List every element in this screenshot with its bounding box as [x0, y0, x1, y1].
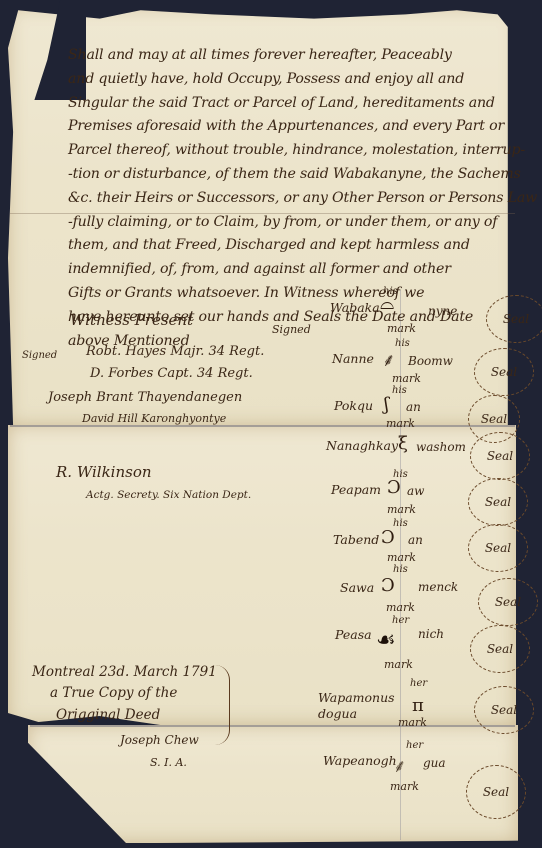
body-line: -fully claiming, or to Claim, by from, o…	[68, 211, 508, 235]
signatory-name: Sawa	[340, 580, 374, 595]
bird-totem-icon: Ɔ	[381, 575, 395, 596]
brace-mark	[215, 665, 230, 745]
seal-circle: Seal	[478, 578, 538, 626]
his-label: his	[393, 564, 408, 575]
crane-totem-icon: ʃ	[384, 394, 389, 415]
wilkinson-title: Actg. Secrety. Six Nation Dept.	[86, 489, 251, 501]
certification-line: a True Copy of the	[50, 685, 177, 701]
mark-label: mark	[386, 417, 415, 430]
seal-circle: Seal	[466, 765, 526, 819]
mark-label: mark	[384, 658, 413, 671]
body-line: Parcel thereof, without trouble, hindran…	[68, 139, 508, 163]
paper-sheet-bottom	[28, 725, 518, 843]
certification-line: Origginal Deed	[56, 707, 160, 723]
mark-label: mark	[387, 551, 416, 564]
his-label: his	[395, 338, 410, 349]
body-line: them, and that Freed, Discharged and kep…	[68, 234, 508, 258]
body-line: Premises aforesaid with the Appurtenance…	[68, 115, 508, 139]
bird-totem-icon: Ɔ	[381, 527, 395, 548]
body-line: Singular the said Tract or Parcel of Lan…	[68, 92, 508, 116]
signed-label-right: Signed	[272, 323, 311, 336]
signatory-name: Wabaka	[330, 300, 380, 315]
certifier-signature: Joseph Chew	[120, 733, 199, 747]
signatory-suffix: aw	[407, 484, 424, 498]
signatory-name: Wapeanogh	[323, 753, 397, 768]
certification-place-date: Montreal 23d. March 1791	[32, 664, 217, 680]
seal-circle: Seal	[470, 432, 530, 480]
seal-circle: Seal	[486, 295, 542, 343]
seal-circle: Seal	[470, 625, 530, 673]
mark-label: mark	[387, 503, 416, 516]
signatory-suffix: menck	[418, 580, 458, 594]
signatory-suffix: gua	[423, 756, 446, 770]
animal-totem-icon: π	[412, 695, 424, 716]
signatory-name: Nanne	[332, 351, 374, 366]
seal-circle: Seal	[474, 686, 534, 734]
signatory-suffix: an	[406, 400, 421, 414]
mark-label: mark	[392, 372, 421, 385]
signatory-suffix: nyne	[428, 304, 457, 318]
fold-line	[30, 725, 515, 727]
witness-header: Witness Present	[70, 311, 193, 329]
body-line: &c. their Heirs or Successors, or any Ot…	[68, 187, 508, 211]
his-label: his	[393, 518, 408, 529]
body-line: and quietly have, hold Occupy, Possess a…	[68, 68, 508, 92]
signatory-suffix: an	[408, 533, 423, 547]
signatory-name: Tabend	[333, 532, 379, 547]
mark-label: mark	[386, 601, 415, 614]
mark-label: mark	[398, 716, 427, 729]
bird-totem-icon: Ɔ	[387, 477, 401, 498]
black-bird-totem-icon: ☙	[376, 628, 396, 653]
symbol-totem-icon: ξ	[398, 433, 408, 454]
signatory-name: Wapamonus dogua	[318, 690, 408, 722]
signatory-name: Nanaghkay	[326, 438, 398, 453]
beast-totem-icon: ⸙	[382, 348, 396, 372]
witness-signature: D. Forbes Capt. 34 Regt.	[90, 366, 253, 381]
seal-circle: Seal	[474, 348, 534, 396]
fold-line	[10, 425, 515, 427]
witness-signature: Robt. Hayes Majr. 34 Regt.	[86, 344, 264, 359]
turtle-totem-icon: ⌓	[380, 293, 394, 314]
signatory-suffix: Boomw	[408, 354, 453, 368]
signatory-suffix: nich	[418, 627, 444, 641]
seal-circle: Seal	[468, 478, 528, 526]
his-label: his	[392, 385, 407, 396]
wilkinson-signature: R. Wilkinson	[56, 463, 152, 481]
signed-label-left: Signed	[22, 350, 57, 361]
signatory-name: Pokqu	[334, 398, 373, 413]
body-line: indemnified, of, from, and against all f…	[68, 258, 508, 282]
mark-label: mark	[387, 322, 416, 335]
body-line: -tion or disturbance, of them the said W…	[68, 163, 508, 187]
her-label: her	[406, 740, 423, 751]
body-line: Shall and may at all times forever herea…	[68, 44, 508, 68]
witness-signature: Joseph Brant Thayendanegen	[48, 390, 242, 405]
signatory-name: Peapam	[331, 482, 381, 497]
wolf-totem-icon: ⸙	[393, 754, 407, 778]
mark-label: mark	[390, 780, 419, 793]
witness-signature: David Hill Karonghyontye	[82, 412, 226, 425]
her-label: her	[392, 615, 409, 626]
certifier-title: S. I. A.	[150, 756, 187, 769]
body-line: Gifts or Grants whatsoever. In Witness w…	[68, 282, 508, 306]
signatory-name: Peasa	[335, 627, 372, 642]
signatory-suffix: washom	[416, 440, 466, 454]
seal-circle: Seal	[468, 524, 528, 572]
her-label: her	[410, 678, 427, 689]
